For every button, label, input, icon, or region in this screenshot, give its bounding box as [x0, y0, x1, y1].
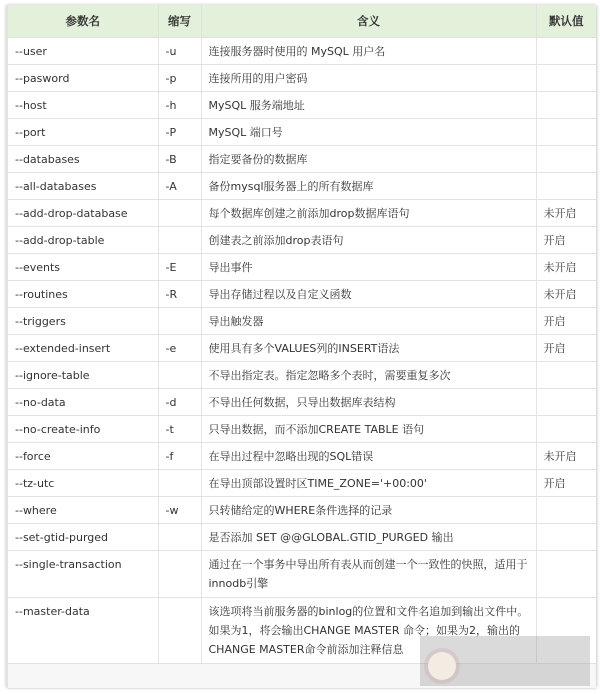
param-meaning: 在导出顶部设置时区TIME_ZONE='+00:00': [201, 470, 536, 497]
param-default: [536, 362, 596, 389]
table-row: --ignore-table不导出指定表。指定忽略多个表时，需要重复多次: [8, 362, 596, 389]
table-row: --routines-R导出存储过程以及自定义函数未开启: [8, 281, 596, 308]
param-default: [536, 65, 596, 92]
param-name: --where: [8, 497, 158, 524]
param-default: 开启: [536, 308, 596, 335]
param-name: --set-gtid-purged: [8, 524, 158, 551]
table-row: --tz-utc在导出顶部设置时区TIME_ZONE='+00:00'开启: [8, 470, 596, 497]
param-meaning: 指定要备份的数据库: [201, 146, 536, 173]
param-short: -R: [158, 281, 201, 308]
param-meaning: 是否添加 SET @@GLOBAL.GTID_PURGED 输出: [201, 524, 536, 551]
param-name: --no-data: [8, 389, 158, 416]
param-name: --databases: [8, 146, 158, 173]
param-default: [536, 173, 596, 200]
table-row: --databases-B指定要备份的数据库: [8, 146, 596, 173]
param-short: -E: [158, 254, 201, 281]
param-default: 未开启: [536, 200, 596, 227]
param-meaning: 只转储给定的WHERE条件选择的记录: [201, 497, 536, 524]
param-default: 开启: [536, 227, 596, 254]
param-meaning: 不导出指定表。指定忽略多个表时，需要重复多次: [201, 362, 536, 389]
param-meaning: MySQL 端口号: [201, 119, 536, 146]
param-short: [158, 470, 201, 497]
param-name: --host: [8, 92, 158, 119]
param-meaning: 连接服务器时使用的 MySQL 用户名: [201, 38, 536, 65]
header-default: 默认值: [536, 5, 596, 38]
header-meaning: 含义: [201, 5, 536, 38]
table-row: --no-create-info-t只导出数据，而不添加CREATE TABLE…: [8, 416, 596, 443]
param-default: [536, 146, 596, 173]
param-meaning: 连接所用的用户密码: [201, 65, 536, 92]
param-name: --pasword: [8, 65, 158, 92]
param-meaning: 导出事件: [201, 254, 536, 281]
table-row: --user-u连接服务器时使用的 MySQL 用户名: [8, 38, 596, 65]
table-row: --where-w只转储给定的WHERE条件选择的记录: [8, 497, 596, 524]
param-name: --user: [8, 38, 158, 65]
param-default: [536, 38, 596, 65]
table-row: --host-hMySQL 服务端地址: [8, 92, 596, 119]
param-name: --tz-utc: [8, 470, 158, 497]
table-row: --port-PMySQL 端口号: [8, 119, 596, 146]
param-short: [158, 227, 201, 254]
header-param-name: 参数名: [8, 5, 158, 38]
param-name: --master-data: [8, 598, 158, 664]
param-short: -P: [158, 119, 201, 146]
param-short: -u: [158, 38, 201, 65]
table-header-row: 参数名 缩写 含义 默认值: [8, 5, 596, 38]
param-short: -t: [158, 416, 201, 443]
param-default: 未开启: [536, 254, 596, 281]
param-meaning: 通过在一个事务中导出所有表从而创建一个一致性的快照，适用于innodb引擎: [201, 551, 536, 598]
table-row: --extended-insert-e使用具有多个VALUES列的INSERT语…: [8, 335, 596, 362]
table-row: --force-f在导出过程中忽略出现的SQL错误未开启: [8, 443, 596, 470]
table-row: --triggers导出触发器开启: [8, 308, 596, 335]
table-row: --add-drop-table创建表之前添加drop表语句开启: [8, 227, 596, 254]
param-name: --add-drop-table: [8, 227, 158, 254]
param-default: 未开启: [536, 281, 596, 308]
param-meaning: 创建表之前添加drop表语句: [201, 227, 536, 254]
param-short: [158, 524, 201, 551]
param-short: [158, 598, 201, 664]
param-short: -h: [158, 92, 201, 119]
param-default: [536, 551, 596, 598]
param-name: --ignore-table: [8, 362, 158, 389]
param-meaning: 使用具有多个VALUES列的INSERT语法: [201, 335, 536, 362]
param-default: 开启: [536, 470, 596, 497]
param-short: [158, 200, 201, 227]
param-short: -d: [158, 389, 201, 416]
param-meaning: 只导出数据，而不添加CREATE TABLE 语句: [201, 416, 536, 443]
mysqldump-options-table: 参数名 缩写 含义 默认值 --user-u连接服务器时使用的 MySQL 用户…: [8, 5, 596, 689]
param-default: [536, 497, 596, 524]
table-row: --events-E导出事件未开启: [8, 254, 596, 281]
param-meaning: 导出存储过程以及自定义函数: [201, 281, 536, 308]
param-default: [536, 389, 596, 416]
param-default: [536, 92, 596, 119]
header-abbreviation: 缩写: [158, 5, 201, 38]
param-short: [158, 362, 201, 389]
param-name: --routines: [8, 281, 158, 308]
param-short: -p: [158, 65, 201, 92]
param-default: [536, 524, 596, 551]
param-name: --force: [8, 443, 158, 470]
table-row: --all-databases-A备份mysql服务器上的所有数据库: [8, 173, 596, 200]
watermark-logo-icon: [428, 652, 456, 680]
param-short: -f: [158, 443, 201, 470]
param-default: 未开启: [536, 443, 596, 470]
table-row: --pasword-p连接所用的用户密码: [8, 65, 596, 92]
table-row: --set-gtid-purged是否添加 SET @@GLOBAL.GTID_…: [8, 524, 596, 551]
param-meaning: 导出触发器: [201, 308, 536, 335]
param-name: --events: [8, 254, 158, 281]
table-row: --no-data-d不导出任何数据，只导出数据库表结构: [8, 389, 596, 416]
param-short: [158, 308, 201, 335]
param-short: -e: [158, 335, 201, 362]
param-default: [536, 416, 596, 443]
param-name: --triggers: [8, 308, 158, 335]
param-short: -w: [158, 497, 201, 524]
param-meaning: 不导出任何数据，只导出数据库表结构: [201, 389, 536, 416]
param-meaning: 在导出过程中忽略出现的SQL错误: [201, 443, 536, 470]
param-name: --no-create-info: [8, 416, 158, 443]
param-meaning: 备份mysql服务器上的所有数据库: [201, 173, 536, 200]
param-short: [158, 551, 201, 598]
param-short: -A: [158, 173, 201, 200]
param-name: --all-databases: [8, 173, 158, 200]
param-meaning: 每个数据库创建之前添加drop数据库语句: [201, 200, 536, 227]
param-name: --port: [8, 119, 158, 146]
options-table-container: 参数名 缩写 含义 默认值 --user-u连接服务器时使用的 MySQL 用户…: [6, 5, 596, 687]
table-row: --add-drop-database每个数据库创建之前添加drop数据库语句未…: [8, 200, 596, 227]
param-name: --extended-insert: [8, 335, 158, 362]
param-name: --add-drop-database: [8, 200, 158, 227]
param-meaning: MySQL 服务端地址: [201, 92, 536, 119]
table-row: --single-transaction通过在一个事务中导出所有表从而创建一个一…: [8, 551, 596, 598]
param-default: [536, 119, 596, 146]
param-short: -B: [158, 146, 201, 173]
param-name: --single-transaction: [8, 551, 158, 598]
param-default: 开启: [536, 335, 596, 362]
